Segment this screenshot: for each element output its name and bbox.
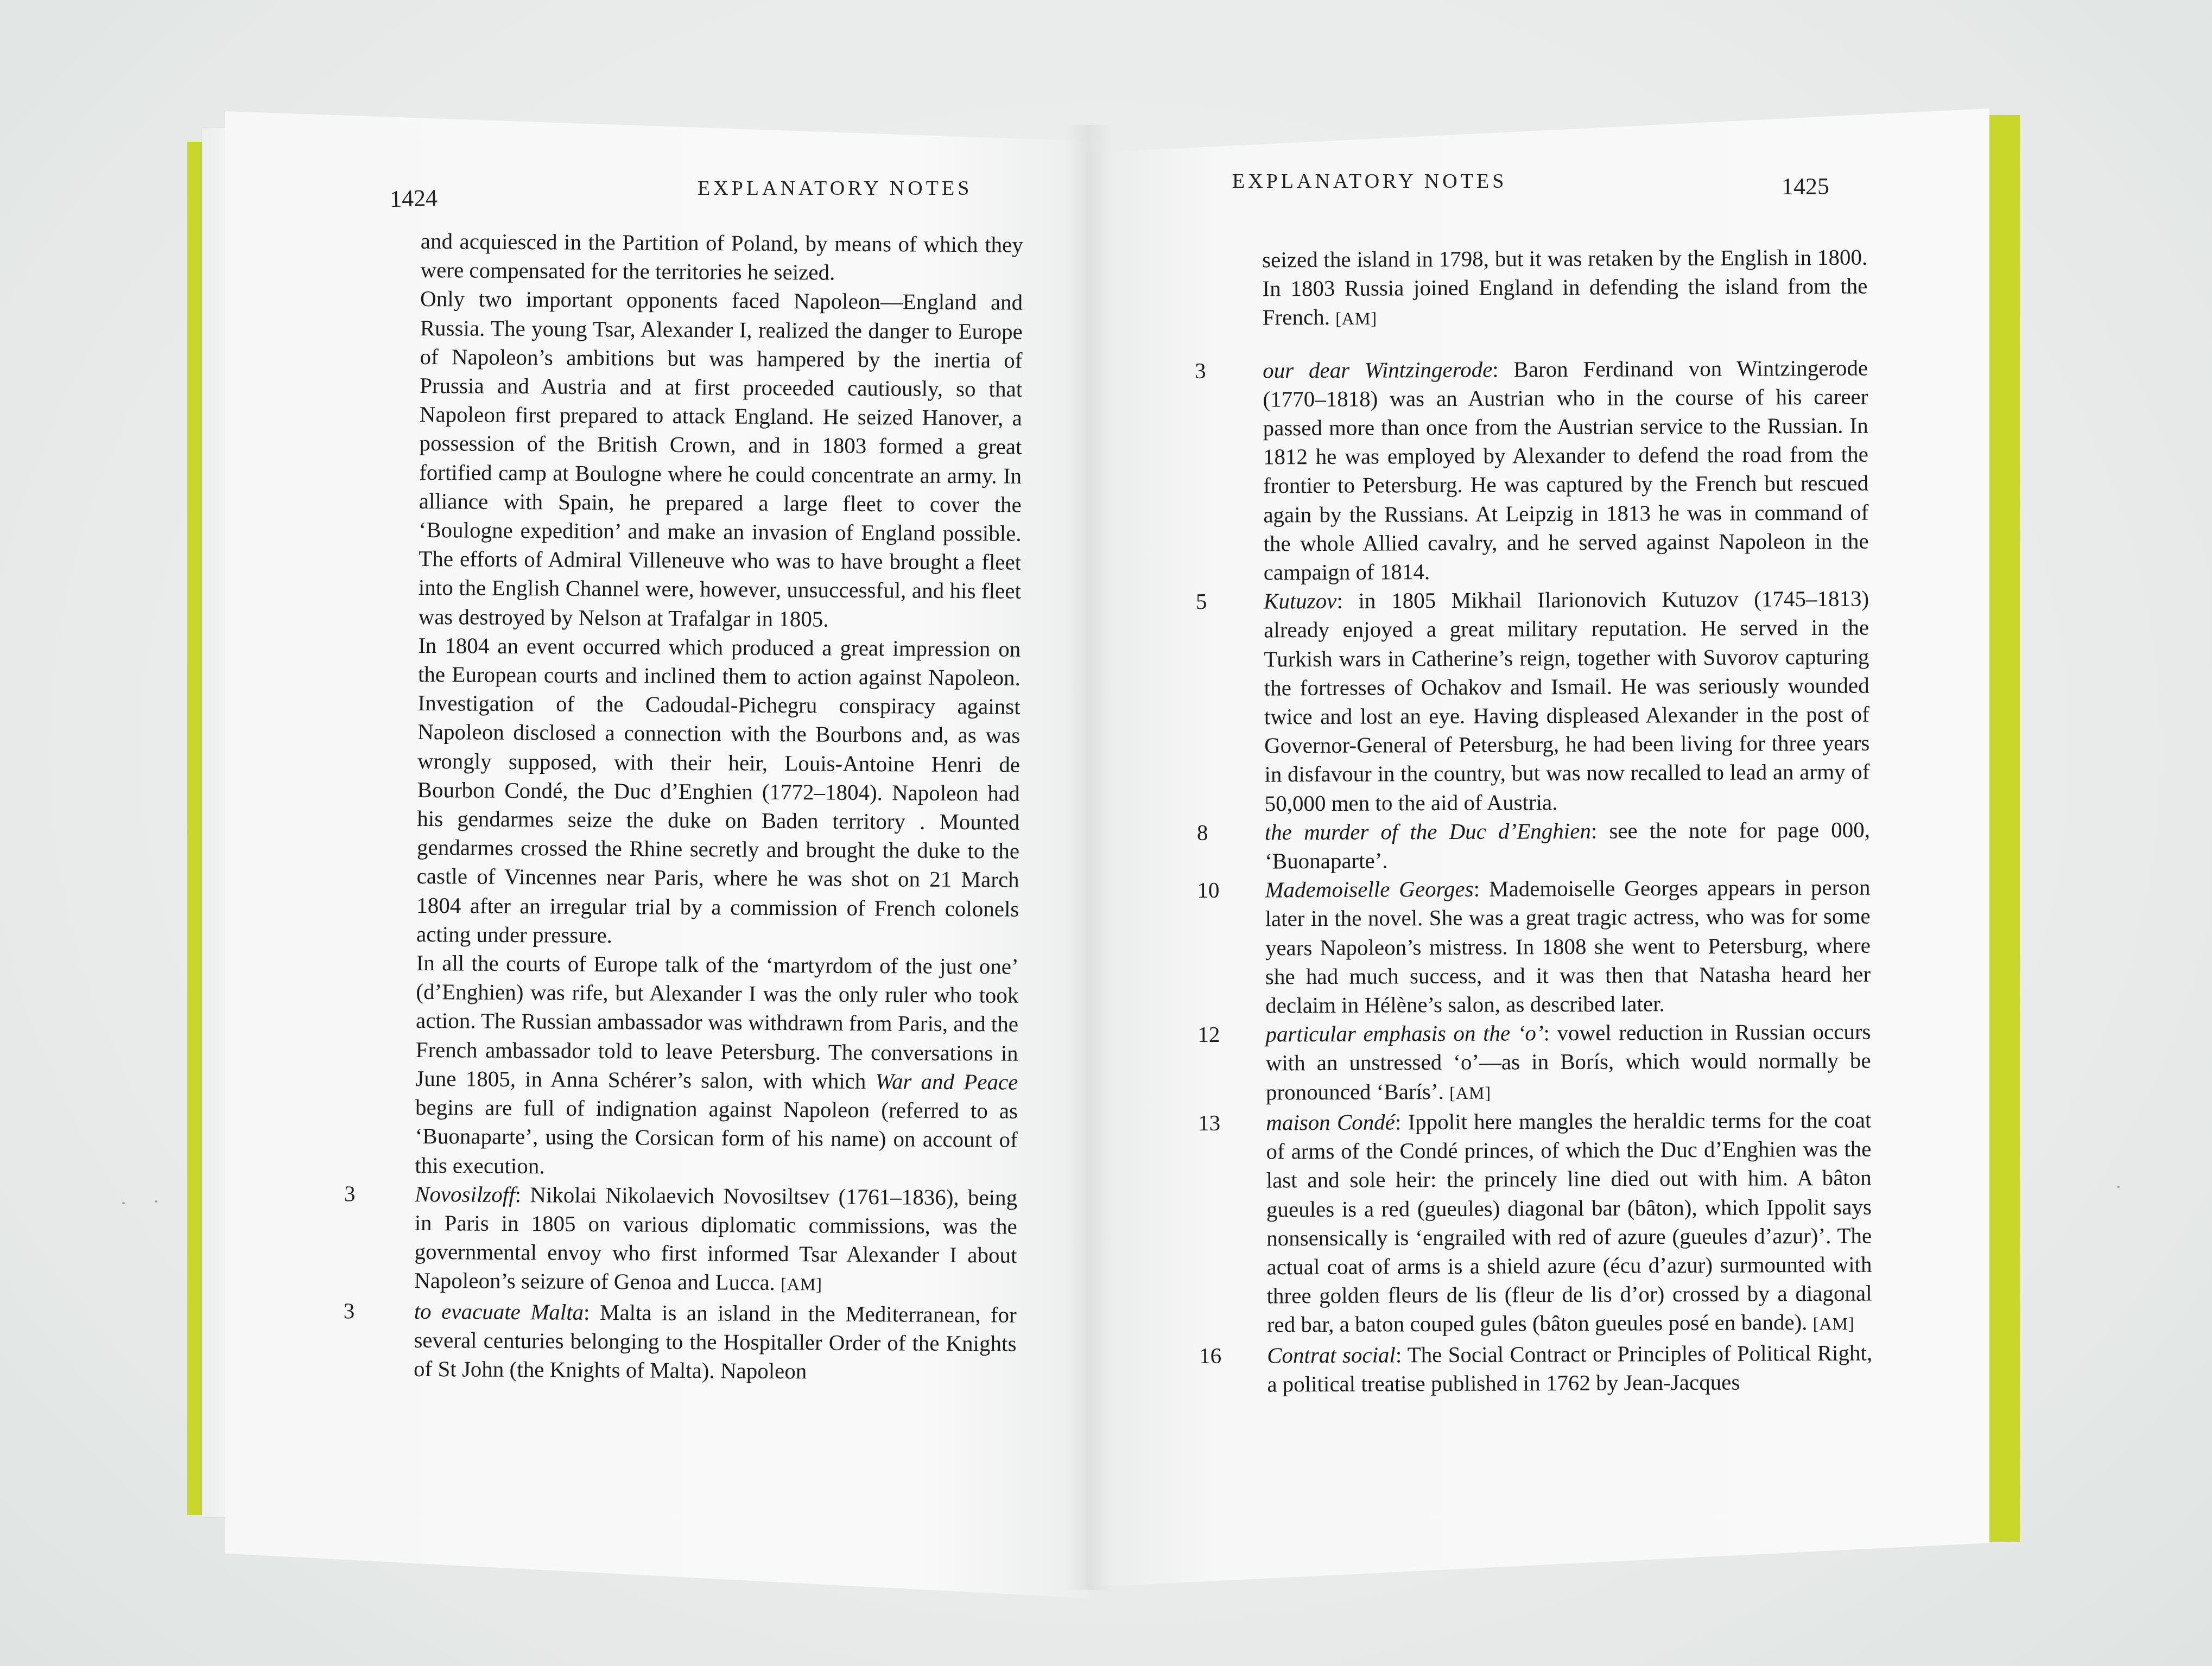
note-continuation: seized the island in 1798, but it was re…	[1194, 243, 1868, 334]
note-body: Novosilzoff: Nikolai Nikolaevich Novosil…	[414, 1180, 1017, 1301]
note-term: Contrat social	[1267, 1342, 1396, 1368]
dust-speck	[155, 1200, 157, 1203]
left-page-number: 1424	[389, 184, 438, 213]
note-page-ref: 3	[344, 1179, 415, 1297]
note-body: maison Condé: Ippolit here mangles the h…	[1266, 1105, 1872, 1340]
note-entry: 12 particular emphasis on the ‘o’: vowel…	[1197, 1018, 1871, 1109]
note-body: Kutuzov: in 1805 Mikhail Ilarionovich Ku…	[1264, 584, 1870, 818]
right-page-number: 1425	[1782, 173, 1829, 200]
note-page-ref: 12	[1197, 1020, 1266, 1109]
note-body: the murder of the Duc d’Enghien: see the…	[1265, 815, 1870, 875]
note-page-ref: 3	[1195, 356, 1264, 587]
attribution: [AM]	[1813, 1314, 1855, 1333]
note-entry: 3 to evacuate Malta: Malta is an island …	[343, 1296, 1017, 1387]
left-running-head: EXPLANATORY NOTES	[698, 176, 972, 200]
note-entry: 16 Contrat social: The Social Contract o…	[1199, 1338, 1872, 1399]
book-gutter	[1064, 125, 1113, 1590]
note-term: Novosilzoff	[415, 1181, 515, 1207]
attribution: [AM]	[781, 1274, 822, 1294]
note-page-ref: 3	[343, 1296, 414, 1383]
note-page-ref: 10	[1197, 876, 1265, 1021]
note-entry: 10 Mademoiselle Georges: Mademoiselle Ge…	[1197, 873, 1871, 1020]
note-entry: 3 Novosilzoff: Nikolai Nikolaevich Novos…	[344, 1179, 1017, 1300]
cover-edge-left	[187, 142, 204, 1515]
note-page-ref: 16	[1199, 1341, 1267, 1399]
paragraph: and acquiesced in the Partition of Polan…	[420, 227, 1023, 288]
note-body: particular emphasis on the ‘o’: vowel re…	[1265, 1018, 1871, 1108]
attribution: [AM]	[1449, 1083, 1491, 1102]
note-body: our dear Wintzingerode: Baron Ferdinand …	[1263, 353, 1869, 587]
note-body: Mademoiselle Georges: Mademoiselle Georg…	[1265, 873, 1871, 1020]
note-entry: 13 maison Condé: Ippolit here mangles th…	[1198, 1105, 1872, 1341]
right-running-head: EXPLANATORY NOTES	[1232, 169, 1507, 193]
note-entry: 5 Kutuzov: in 1805 Mikhail Ilarionovich …	[1196, 584, 1870, 818]
attribution: [AM]	[1335, 309, 1377, 328]
note-page-ref: 13	[1198, 1108, 1267, 1341]
dust-speck	[122, 1202, 125, 1204]
note-term: the murder of the Duc d’Enghien	[1265, 818, 1591, 845]
note-entry: 8 the murder of the Duc d’Enghien: see t…	[1197, 815, 1870, 876]
note-page-ref: 8	[1197, 818, 1265, 876]
paragraph: Only two important opponents faced Napol…	[418, 284, 1023, 634]
paragraph: In all the courts of Europe talk of the …	[415, 949, 1019, 1183]
note-entry: 3 our dear Wintzingerode: Baron Ferdinan…	[1195, 353, 1869, 587]
note-term: to evacuate Malta	[414, 1298, 584, 1324]
note-body: to evacuate Malta: Malta is an island in…	[414, 1296, 1017, 1387]
right-page-body: seized the island in 1798, but it was re…	[1194, 221, 1872, 1399]
note-term: Kutuzov	[1264, 588, 1337, 614]
note-body: Contrat social: The Social Contract or P…	[1267, 1338, 1872, 1398]
note-term: maison Condé	[1266, 1109, 1395, 1135]
note-term: particular emphasis on the ‘o’	[1265, 1020, 1543, 1046]
note-page-ref: 5	[1196, 587, 1265, 818]
paragraph: In 1804 an event occurred which produced…	[416, 631, 1021, 952]
note-term: our dear Wintzingerode	[1263, 357, 1492, 383]
left-page-body: and acquiesced in the Partition of Polan…	[414, 227, 1023, 1387]
cover-edge-right	[1989, 115, 2020, 1542]
note-term: Mademoiselle Georges	[1265, 876, 1474, 902]
book-title: War and Peace	[875, 1069, 1018, 1095]
dust-speck	[2117, 1186, 2120, 1188]
